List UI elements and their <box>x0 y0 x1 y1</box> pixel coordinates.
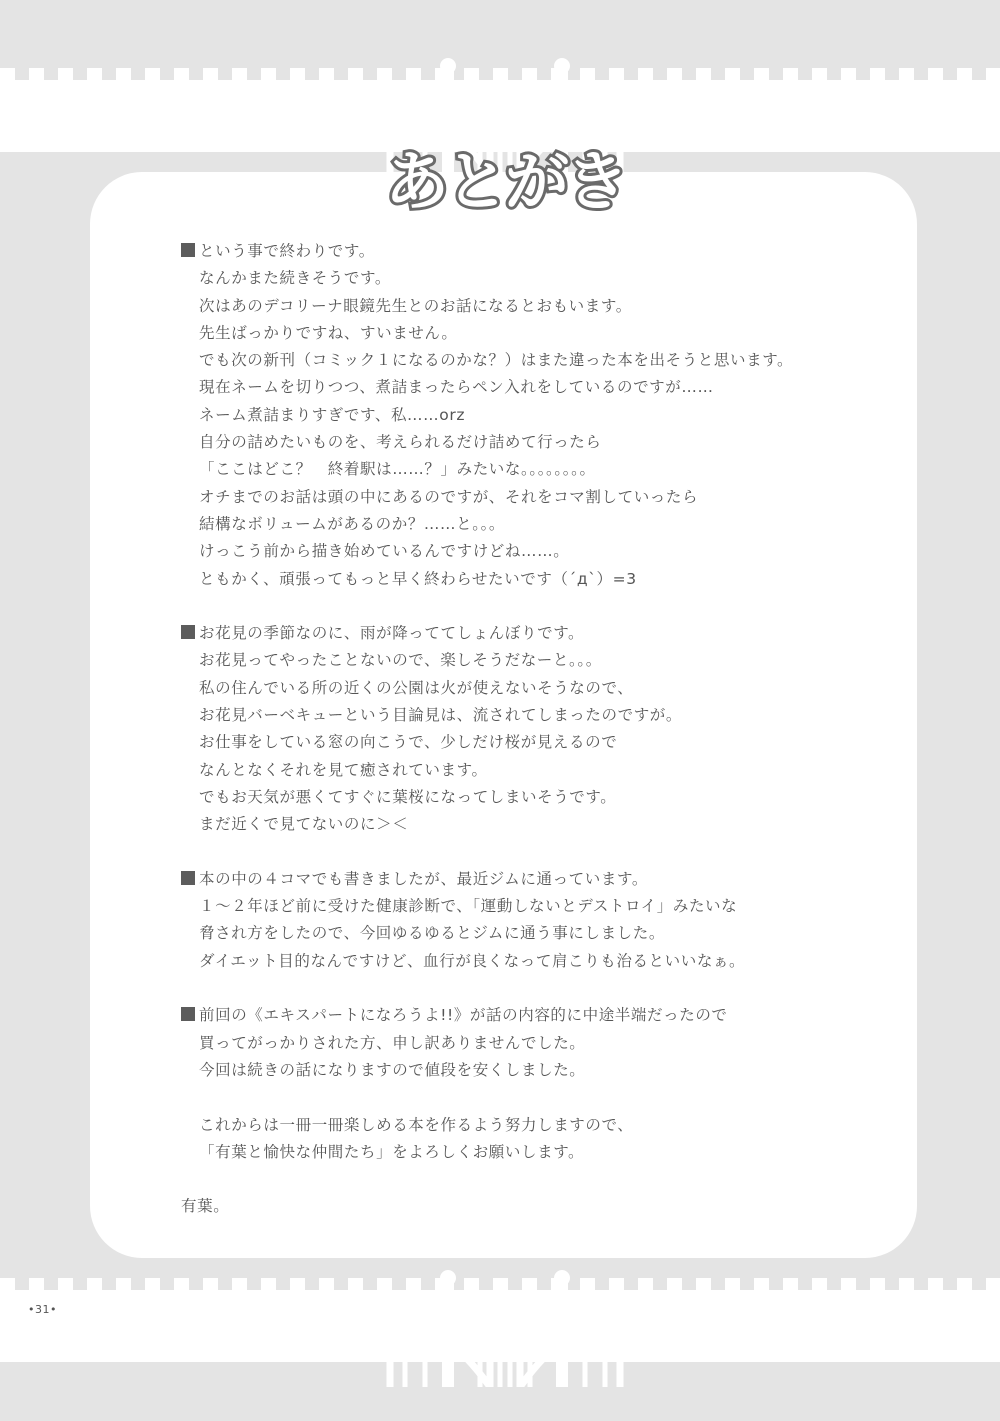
section-line: 脅され方をしたので、今回ゆるゆるとジムに通う事にしました。 <box>181 920 861 947</box>
page-number: •31• <box>28 1303 57 1316</box>
section-line: けっこう前から描き始めているんですけどね……。 <box>181 538 861 565</box>
section-line: オチまでのお話は頭の中にあるのですが、それをコマ割していったら <box>181 484 861 511</box>
page-title: あとがき <box>370 140 640 220</box>
section-line: 「ここはどこ？ 終着駅は……？」みたいな。。。。。。。。 <box>181 456 861 483</box>
section-line: お仕事をしている窓の向こうで、少しだけ桜が見えるので <box>181 729 861 756</box>
section-line: 私の住んでいる所の近くの公園は火が使えないそうなので、 <box>181 675 861 702</box>
section-line: 本の中の４コマでも書きましたが、最近ジムに通っています。 <box>181 866 861 893</box>
section-line: でもお天気が悪くてすぐに葉桜になってしまいそうです。 <box>181 784 861 811</box>
bullet-square-icon <box>181 625 195 639</box>
bullet-square-icon <box>181 243 195 257</box>
section-line: 今回は続きの話になりますので値段を安くしました。 <box>181 1057 861 1084</box>
bullet-square-icon <box>181 871 195 885</box>
page-title-text: あとがき <box>385 146 625 220</box>
bullet-square-icon <box>181 1007 195 1021</box>
section-line: お花見ってやったことないので、楽しそうだなーと。。。 <box>181 647 861 674</box>
section-line: お花見バーベキューという目論見は、流されてしまったのですが。 <box>181 702 861 729</box>
section-line: でも次の新刊（コミック１になるのかな？）はまた違った本を出そうと思います。 <box>181 347 861 374</box>
section-line: これからは一冊一冊楽しめる本を作るよう努力しますので、 <box>181 1112 861 1139</box>
section-1: という事で終わりです。 なんかまた続きそうです。 次はあのデコリーナ眼鏡先生との… <box>181 238 861 593</box>
section-line: ダイエット目的なんですけど、血行が良くなって肩こりも治るといいなぁ。 <box>181 948 861 975</box>
section-line: 自分の詰めたいものを、考えられるだけ詰めて行ったら <box>181 429 861 456</box>
section-line: なんかまた続きそうです。 <box>181 265 861 292</box>
section-line: ともかく、頑張ってもっと早く終わらせたいです（´д`）=3 <box>181 566 861 593</box>
section-line: なんとなくそれを見て癒されています。 <box>181 757 861 784</box>
section-line: 前回の《エキスパートになろうよ!!》が話の内容的に中途半端だったので <box>181 1002 861 1029</box>
section-line: という事で終わりです。 <box>181 238 861 265</box>
section-line: お花見の季節なのに、雨が降っててしょんぼりです。 <box>181 620 861 647</box>
section-line: 「有葉と愉快な仲間たち」をよろしくお願いします。 <box>181 1139 861 1166</box>
section-3: 本の中の４コマでも書きましたが、最近ジムに通っています。 １～２年ほど前に受けた… <box>181 866 861 975</box>
section-line: 現在ネームを切りつつ、煮詰まったらペン入れをしているのですが…… <box>181 374 861 401</box>
closing-message: これからは一冊一冊楽しめる本を作るよう努力しますので、 「有葉と愉快な仲間たち」… <box>181 1112 861 1167</box>
section-line: ネーム煮詰まりすぎです、私……orz <box>181 402 861 429</box>
section-line: 結構なボリュームがあるのか？……と。。。 <box>181 511 861 538</box>
section-4: 前回の《エキスパートになろうよ!!》が話の内容的に中途半端だったので 買ってがっ… <box>181 1002 861 1084</box>
section-line: １～２年ほど前に受けた健康診断で、「運動しないとデストロイ」みたいな <box>181 893 861 920</box>
section-line: 先生ばっかりですね、すいません。 <box>181 320 861 347</box>
section-line: 買ってがっかりされた方、申し訳ありませんでした。 <box>181 1030 861 1057</box>
gate-icon <box>380 1262 630 1387</box>
section-2: お花見の季節なのに、雨が降っててしょんぼりです。 お花見ってやったことないので、… <box>181 620 861 838</box>
author-signature: 有葉。 <box>181 1193 861 1220</box>
afterword-body: という事で終わりです。 なんかまた続きそうです。 次はあのデコリーナ眼鏡先生との… <box>181 238 861 1221</box>
section-line: 次はあのデコリーナ眼鏡先生とのお話になるとおもいます。 <box>181 293 861 320</box>
section-line: まだ近くで見てないのに＞＜ <box>181 811 861 838</box>
